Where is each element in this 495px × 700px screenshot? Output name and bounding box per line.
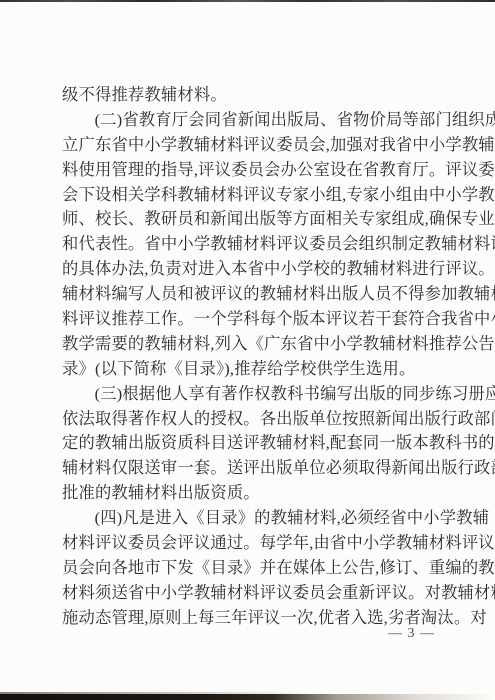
text-line: 级不得推荐教辅材料。 (62, 83, 440, 108)
text-line: 施动态管理,原则上每三年评议一次,优者入选,劣者淘汰。对 (62, 606, 440, 631)
text-line: 立广东省中小学教辅材料评议委员会,加强对我省中小学教辅材 (62, 133, 440, 158)
text-line: 辅材料编写人员和被评议的教辅材料出版人员不得参加教辅材 (62, 282, 440, 307)
text-line: 师、校长、教研员和新闻出版等方面相关专家组成,确保专业性 (62, 207, 440, 232)
text-line: 依法取得著作权人的授权。各出版单位按照新闻出版行政部门核 (62, 407, 440, 432)
text-line: (四)凡是进入《目录》的教辅材料,必须经省中小学教辅 (62, 506, 440, 531)
text-line: (二)省教育厅会同省新闻出版局、省物价局等部门组织成 (62, 108, 440, 133)
text-line: 材料须送省中小学教辅材料评议委员会重新评议。对教辅材料实 (62, 581, 440, 606)
document-page: 级不得推荐教辅材料。(二)省教育厅会同省新闻出版局、省物价局等部门组织成立广东省… (0, 0, 495, 700)
text-line: 和代表性。省中小学教辅材料评议委员会组织制定教辅材料评议 (62, 232, 440, 257)
document-body-text: 级不得推荐教辅材料。(二)省教育厅会同省新闻出版局、省物价局等部门组织成立广东省… (62, 83, 440, 631)
text-line: 材料评议委员会评议通过。每学年,由省中小学教辅材料评议委 (62, 531, 440, 556)
text-line: 料评议推荐工作。一个学科每个版本评议若干套符合我省中小学 (62, 307, 440, 332)
text-line: 的具体办法,负责对进入本省中小学校的教辅材料进行评议。教 (62, 257, 440, 282)
text-line: 批准的教辅材料出版资质。 (62, 481, 440, 506)
page-number: — 3 — (388, 626, 435, 642)
text-line: 录》(以下简称《目录》),推荐给学校供学生选用。 (62, 357, 440, 382)
text-line: 辅材料仅限送审一套。送评出版单位必须取得新闻出版行政部门 (62, 456, 440, 481)
text-line: 教学需要的教辅材料,列入《广东省中小学教辅材料推荐公告目 (62, 332, 440, 357)
text-line: 员会向各地市下发《目录》并在媒体上公告,修订、重编的教辅 (62, 556, 440, 581)
text-line: 会下设相关学科教辅材料评议专家小组,专家小组由中小学教 (62, 183, 440, 208)
scan-edge-top (0, 0, 495, 2)
text-line: (三)根据他人享有著作权教科书编写出版的同步练习册应 (62, 382, 440, 407)
scan-edge-bottom (0, 694, 495, 700)
text-line: 料使用管理的指导,评议委员会办公室设在省教育厅。评议委员 (62, 158, 440, 183)
text-line: 定的教辅出版资质科目送评教辅材料,配套同一版本教科书的教 (62, 431, 440, 456)
